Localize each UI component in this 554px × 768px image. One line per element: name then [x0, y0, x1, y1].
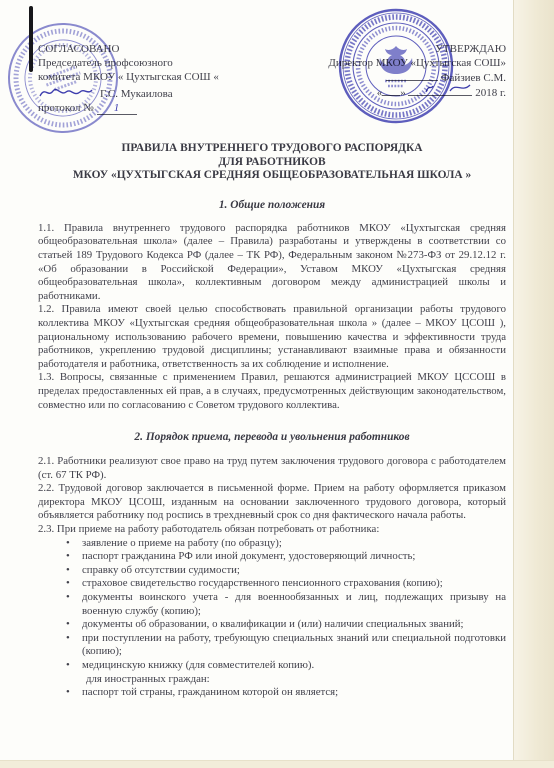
protocol-label: протокол №	[38, 102, 94, 114]
list-item: паспорт той страны, гражданином которой …	[38, 686, 506, 700]
list-item: паспорт гражданина РФ или иной документ,…	[38, 550, 506, 564]
year-label: 2018 г.	[475, 87, 506, 99]
month-underline	[408, 85, 472, 96]
paragraph-1-1: 1.1. Правила внутреннего трудового распо…	[38, 222, 506, 304]
approved-block: УТВЕРЖДАЮ Директор МКОУ «Цухтыгская СОШ»…	[292, 42, 506, 115]
foreign-citizens-note: для иностранных граждан:	[38, 673, 506, 687]
list-item: документы об образовании, о квалификации…	[38, 618, 506, 632]
agreed-block: СОГЛАСОВАНО Председатель профсоюзного ко…	[38, 42, 260, 115]
foreign-documents-list: паспорт той страны, гражданином которой …	[38, 686, 506, 700]
paragraph-2-3: 2.3. При приеме на работу работодатель о…	[38, 523, 506, 537]
chairman-signature-icon	[38, 84, 94, 100]
list-item: медицинскую книжку (для совместителей ко…	[38, 659, 506, 673]
approved-title: УТВЕРЖДАЮ	[292, 42, 506, 56]
section-2-heading: 2. Порядок приема, перевода и увольнения…	[38, 431, 506, 443]
document-page: СОГЛАСОВАНО Председатель профсоюзного ко…	[0, 0, 554, 768]
list-item: страховое свидетельство государственного…	[38, 577, 506, 591]
paper-edge-bottom	[0, 760, 554, 768]
date-line: «» 2018 г.	[292, 85, 506, 100]
paragraph-1-3: 1.3. Вопросы, связанные с применением Пр…	[38, 371, 506, 412]
title-line-2: ДЛЯ РАБОТНИКОВ	[38, 156, 506, 170]
paragraph-2-1: 2.1. Работники реализуют свое право на т…	[38, 455, 506, 482]
approved-line2: Директор МКОУ «Цухтыгская СОШ»	[292, 56, 506, 70]
document-title: ПРАВИЛА ВНУТРЕННЕГО ТРУДОВОГО РАСПОРЯДКА…	[38, 142, 506, 183]
required-documents-list: заявление о приеме на работу (по образцу…	[38, 537, 506, 673]
paragraph-2-2: 2.2. Трудовой договор заключается в пись…	[38, 482, 506, 523]
quote-close: »	[400, 87, 406, 99]
scan-artifact-bar	[29, 6, 33, 72]
approval-header: СОГЛАСОВАНО Председатель профсоюзного ко…	[38, 42, 506, 115]
list-item: заявление о приеме на работу (по образцу…	[38, 537, 506, 551]
protocol-number: 1	[97, 102, 137, 115]
title-line-1: ПРАВИЛА ВНУТРЕННЕГО ТРУДОВОГО РАСПОРЯДКА	[38, 142, 506, 156]
protocol-line: протокол № 1	[38, 101, 260, 115]
signature-underline	[386, 70, 438, 81]
paragraph-1-2: 1.2. Правила имеют своей целью способств…	[38, 303, 506, 371]
chairman-name: Г.С. Мукаилова	[100, 87, 173, 101]
agreed-title: СОГЛАСОВАНО	[38, 42, 260, 56]
day-underline	[382, 85, 400, 96]
list-item: документы воинского учета - для военнооб…	[38, 591, 506, 618]
document-content: СОГЛАСОВАНО Председатель профсоюзного ко…	[38, 42, 506, 700]
title-line-3: МКОУ «ЦУХТЫГСКАЯ СРЕДНЯЯ ОБЩЕОБРАЗОВАТЕЛ…	[38, 169, 506, 183]
section-1-heading: 1. Общие положения	[38, 199, 506, 211]
director-signature-line: Файзиев С.М.	[292, 70, 506, 85]
list-item: при поступлении на работу, требующую спе…	[38, 632, 506, 659]
agreed-line3: комитета МКОУ « Цухтыгская СОШ «	[38, 70, 260, 84]
paper-edge-right	[513, 0, 554, 768]
director-name: Файзиев С.М.	[441, 72, 506, 84]
agreed-line2: Председатель профсоюзного	[38, 56, 260, 70]
list-item: справку об отсутствии судимости;	[38, 564, 506, 578]
